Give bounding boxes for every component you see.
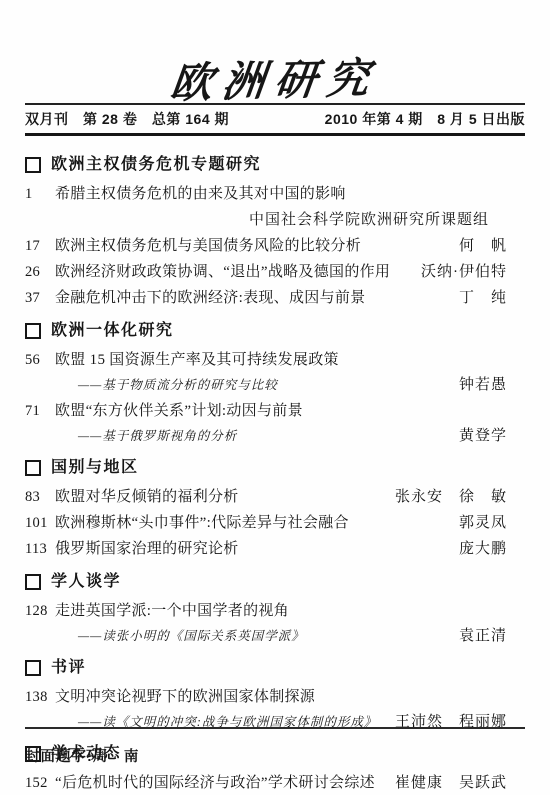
journal-toc-page: 欧洲研究 双月刊 第 28 卷 总第 164 期 2010 年第 4 期 8 月…	[0, 0, 550, 795]
toc-item: 17欧洲主权债务危机与美国债务风险的比较分析何 帆	[25, 237, 525, 256]
toc-item: 37金融危机冲击下的欧洲经济:表现、成因与前景丁 纯	[25, 289, 525, 308]
toc-item: 71欧盟“东方伙伴关系”计划:动因与前景	[25, 402, 525, 421]
article-authors: 张永安 徐 敏	[387, 488, 507, 507]
section-header: 国别与地区	[25, 458, 525, 478]
article-authors: 中国社会科学院欧洲研究所课题组	[241, 212, 489, 228]
toc-item: 56欧盟 15 国资源生产率及其可持续发展政策	[25, 351, 525, 370]
article-authors: 袁正清	[451, 628, 507, 645]
page-number: 101	[25, 514, 55, 533]
section-square-icon	[25, 660, 41, 676]
toc-item: 152“后危机时代的国际经济与政治”学术研讨会综述崔健康 吴跃武	[25, 774, 525, 793]
toc-item: 1希腊主权债务危机的由来及其对中国的影响	[25, 185, 525, 204]
article-title: 文明冲突论视野下的欧洲国家体制探源	[55, 688, 525, 707]
section-header: 欧洲主权债务危机专题研究	[25, 155, 525, 175]
article-title: 欧盟 15 国资源生产率及其可持续发展政策	[55, 351, 525, 370]
page-number: 26	[25, 263, 55, 282]
section-title: 学人谈学	[51, 572, 121, 592]
page-number: 152	[25, 774, 55, 793]
page-number: 128	[25, 602, 55, 621]
page-number: 138	[25, 688, 55, 707]
section-square-icon	[25, 157, 41, 173]
toc-item: 138文明冲突论视野下的欧洲国家体制探源	[25, 688, 525, 707]
article-title: 俄罗斯国家治理的研究论析	[55, 540, 451, 559]
article-title: 欧洲经济财政政策协调、“退出”战略及德国的作用	[55, 263, 413, 282]
article-title: “后危机时代的国际经济与政治”学术研讨会综述	[55, 774, 387, 793]
section-square-icon	[25, 460, 41, 476]
article-authors: 何 帆	[451, 237, 507, 256]
section-title: 欧洲一体化研究	[51, 321, 174, 341]
article-authors: 丁 纯	[451, 289, 507, 308]
section-square-icon	[25, 323, 41, 339]
toc-item: 26欧洲经济财政政策协调、“退出”战略及德国的作用沃纳·伊伯特	[25, 263, 525, 282]
issue-info-right: 2010 年第 4 期 8 月 5 日出版	[325, 109, 525, 129]
cover-calligraphy-credit: 封面题字:周 南	[25, 745, 525, 766]
article-authors: 庞大鹏	[451, 540, 507, 559]
article-authors: 郭灵凤	[451, 514, 507, 533]
section-title: 书评	[51, 658, 86, 678]
article-subtitle: ——基于俄罗斯视角的分析	[78, 428, 237, 445]
toc-item-authors-line: 中国社会科学院欧洲研究所课题组	[25, 211, 507, 229]
section-title: 欧洲主权债务危机专题研究	[51, 155, 261, 175]
toc-item-subtitle-row: ——基于俄罗斯视角的分析黄登学	[25, 428, 525, 445]
article-authors: 崔健康 吴跃武	[387, 774, 507, 793]
toc-item: 101欧洲穆斯林“头巾事件”:代际差异与社会融合郭灵凤	[25, 514, 525, 533]
footer: 封面题字:周 南	[25, 727, 525, 766]
article-title: 欧盟对华反倾销的福利分析	[55, 488, 387, 507]
section-title: 国别与地区	[51, 458, 139, 478]
page-number: 83	[25, 488, 55, 507]
issue-info-left: 双月刊 第 28 卷 总第 164 期	[25, 109, 229, 129]
section-header: 欧洲一体化研究	[25, 321, 525, 341]
toc-item: 83欧盟对华反倾销的福利分析张永安 徐 敏	[25, 488, 525, 507]
article-title: 走进英国学派:一个中国学者的视角	[55, 602, 525, 621]
article-title: 欧洲主权债务危机与美国债务风险的比较分析	[55, 237, 451, 256]
article-title: 金融危机冲击下的欧洲经济:表现、成因与前景	[55, 289, 451, 308]
page-number: 1	[25, 185, 55, 204]
article-authors: 沃纳·伊伯特	[413, 263, 507, 282]
page-number: 37	[25, 289, 55, 308]
article-title: 欧洲穆斯林“头巾事件”:代际差异与社会融合	[55, 514, 451, 533]
page-number: 56	[25, 351, 55, 370]
page-number: 71	[25, 402, 55, 421]
article-subtitle: ——读张小明的《国际关系英国学派》	[78, 628, 305, 645]
toc-item-subtitle-row: ——读张小明的《国际关系英国学派》袁正清	[25, 628, 525, 645]
section-header: 学人谈学	[25, 572, 525, 592]
article-title: 希腊主权债务危机的由来及其对中国的影响	[55, 185, 525, 204]
section-header: 书评	[25, 658, 525, 678]
page-number: 113	[25, 540, 55, 559]
page-number: 17	[25, 237, 55, 256]
article-authors: 钟若愚	[451, 377, 507, 394]
toc-item: 113俄罗斯国家治理的研究论析庞大鹏	[25, 540, 525, 559]
toc-item-subtitle-row: ——基于物质流分析的研究与比较钟若愚	[25, 377, 525, 394]
article-subtitle: ——基于物质流分析的研究与比较	[78, 377, 278, 394]
toc-item: 128走进英国学派:一个中国学者的视角	[25, 602, 525, 621]
article-title: 欧盟“东方伙伴关系”计划:动因与前景	[55, 402, 525, 421]
toc-list: 欧洲主权债务危机专题研究1希腊主权债务危机的由来及其对中国的影响中国社会科学院欧…	[25, 142, 525, 795]
article-authors: 黄登学	[451, 428, 507, 445]
issue-info-band: 双月刊 第 28 卷 总第 164 期 2010 年第 4 期 8 月 5 日出…	[25, 103, 525, 136]
section-square-icon	[25, 574, 41, 590]
